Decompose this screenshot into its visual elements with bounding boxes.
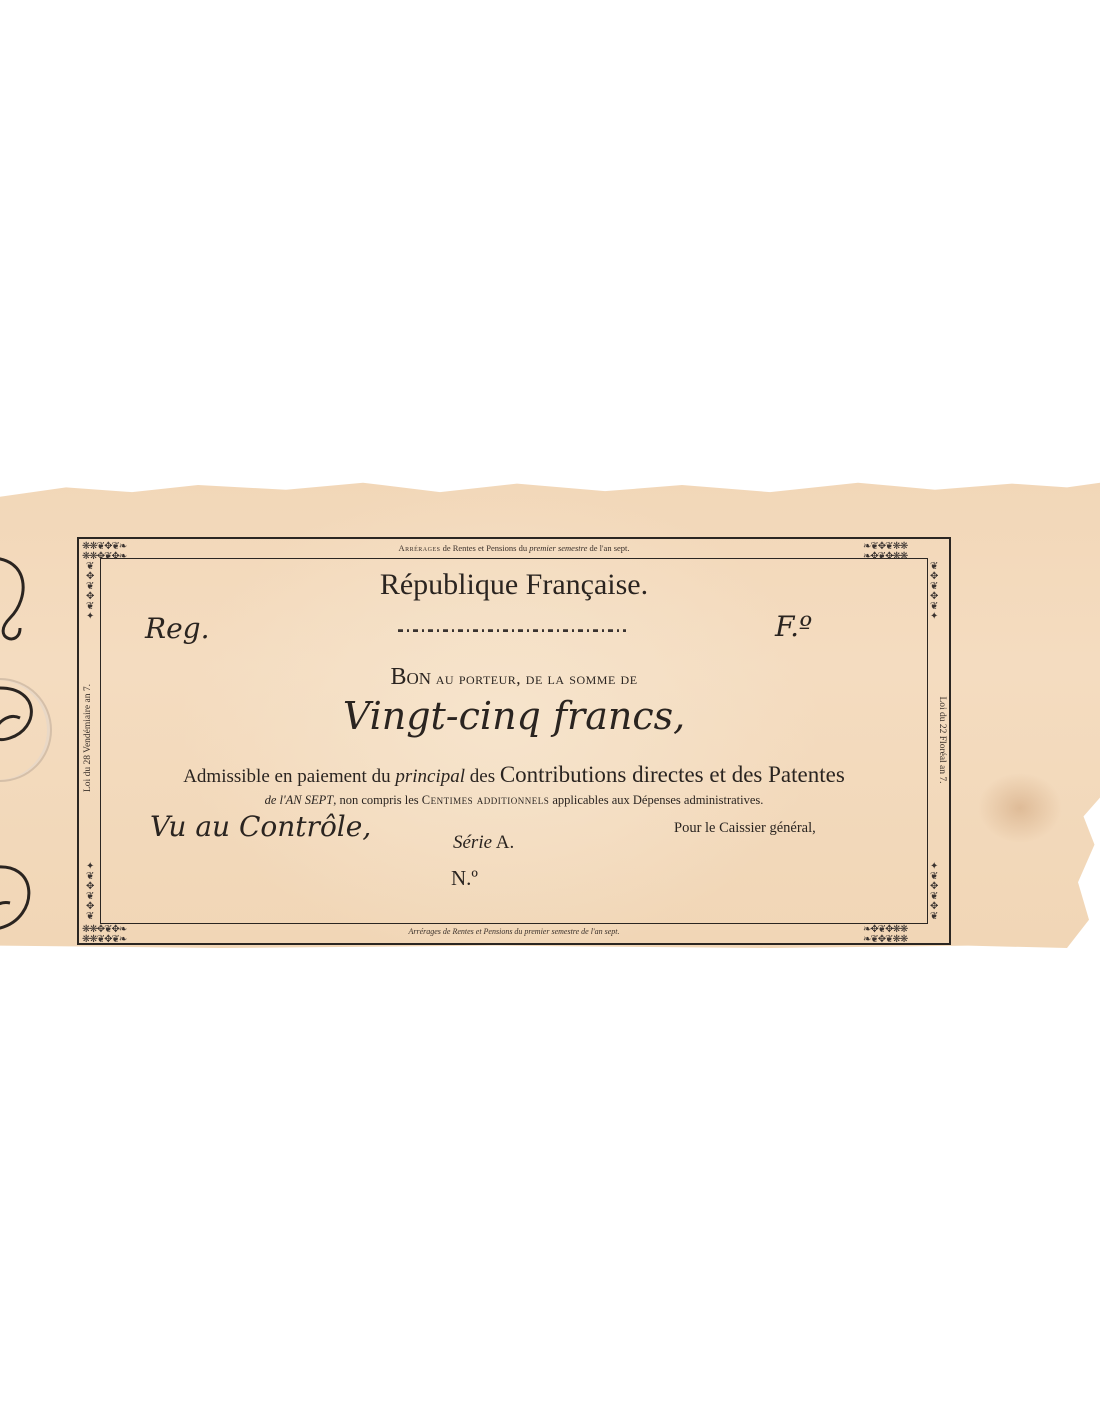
top-caption-italic: premier semestre (529, 543, 587, 553)
embossed-seal-icon (0, 678, 52, 782)
top-caption-middle: de Rentes et Pensions du (440, 543, 529, 553)
caissier-label: Pour le Caissier général, (674, 820, 816, 837)
top-caption-lead: Arrérages (398, 543, 440, 553)
year-line: de l'AN SEPT, non compris les Centimes a… (100, 793, 928, 808)
right-side-text: Loi du 22 Floréal an 7. (937, 650, 947, 830)
reg-label: Reg. (145, 612, 209, 645)
side-ornament-bottom-right-icon: ✦❦✥❦✥❦ (930, 862, 944, 922)
numero-label: N.º (451, 866, 478, 891)
top-caption: Arrérages de Rentes et Pensions du premi… (100, 543, 928, 553)
admissible-part1: Admissible en paiement du (183, 766, 395, 787)
side-ornament-top-right-icon: ❦✥❦✥❦✦ (930, 562, 944, 622)
bon-initial: Bon (390, 664, 431, 690)
amount-text: Vingt-cinq francs, (100, 694, 928, 738)
serie-label: Série (453, 832, 492, 853)
year-line-part2: , non compris les (333, 793, 422, 807)
admissible-part2: des (465, 766, 500, 787)
year-line-italic: de l'AN SEPT (265, 793, 334, 807)
serie-field: Série A. (453, 832, 514, 854)
bon-line: Bon au porteur, de la somme de (100, 664, 928, 691)
admissible-big: Contributions directes et des Patentes (500, 762, 845, 787)
bon-rest: au porteur, de la somme de (431, 669, 638, 688)
admissible-italic: principal (395, 766, 465, 787)
side-ornament-top-left-icon: ❦✥❦✥❦✦ (86, 562, 100, 622)
year-line-smallcaps: Centimes additionnels (422, 793, 549, 807)
bottom-caption: Arrérages de Rentes et Pensions du premi… (100, 927, 928, 936)
controle-label: Vu au Contrôle, (150, 810, 371, 843)
year-line-part3: applicables aux Dépenses administratives… (549, 793, 763, 807)
left-side-text: Loi du 28 Vendémiaire an 7. (83, 648, 93, 828)
side-ornament-bottom-left-icon: ✦❦✥❦✥❦ (86, 862, 100, 922)
folio-label: F.º (775, 610, 812, 643)
serie-value: A. (496, 832, 514, 853)
document-title: République Française. (100, 568, 928, 602)
admissible-line: Admissible en paiement du principal des … (100, 762, 928, 788)
top-caption-tail: de l'an sept. (587, 543, 629, 553)
